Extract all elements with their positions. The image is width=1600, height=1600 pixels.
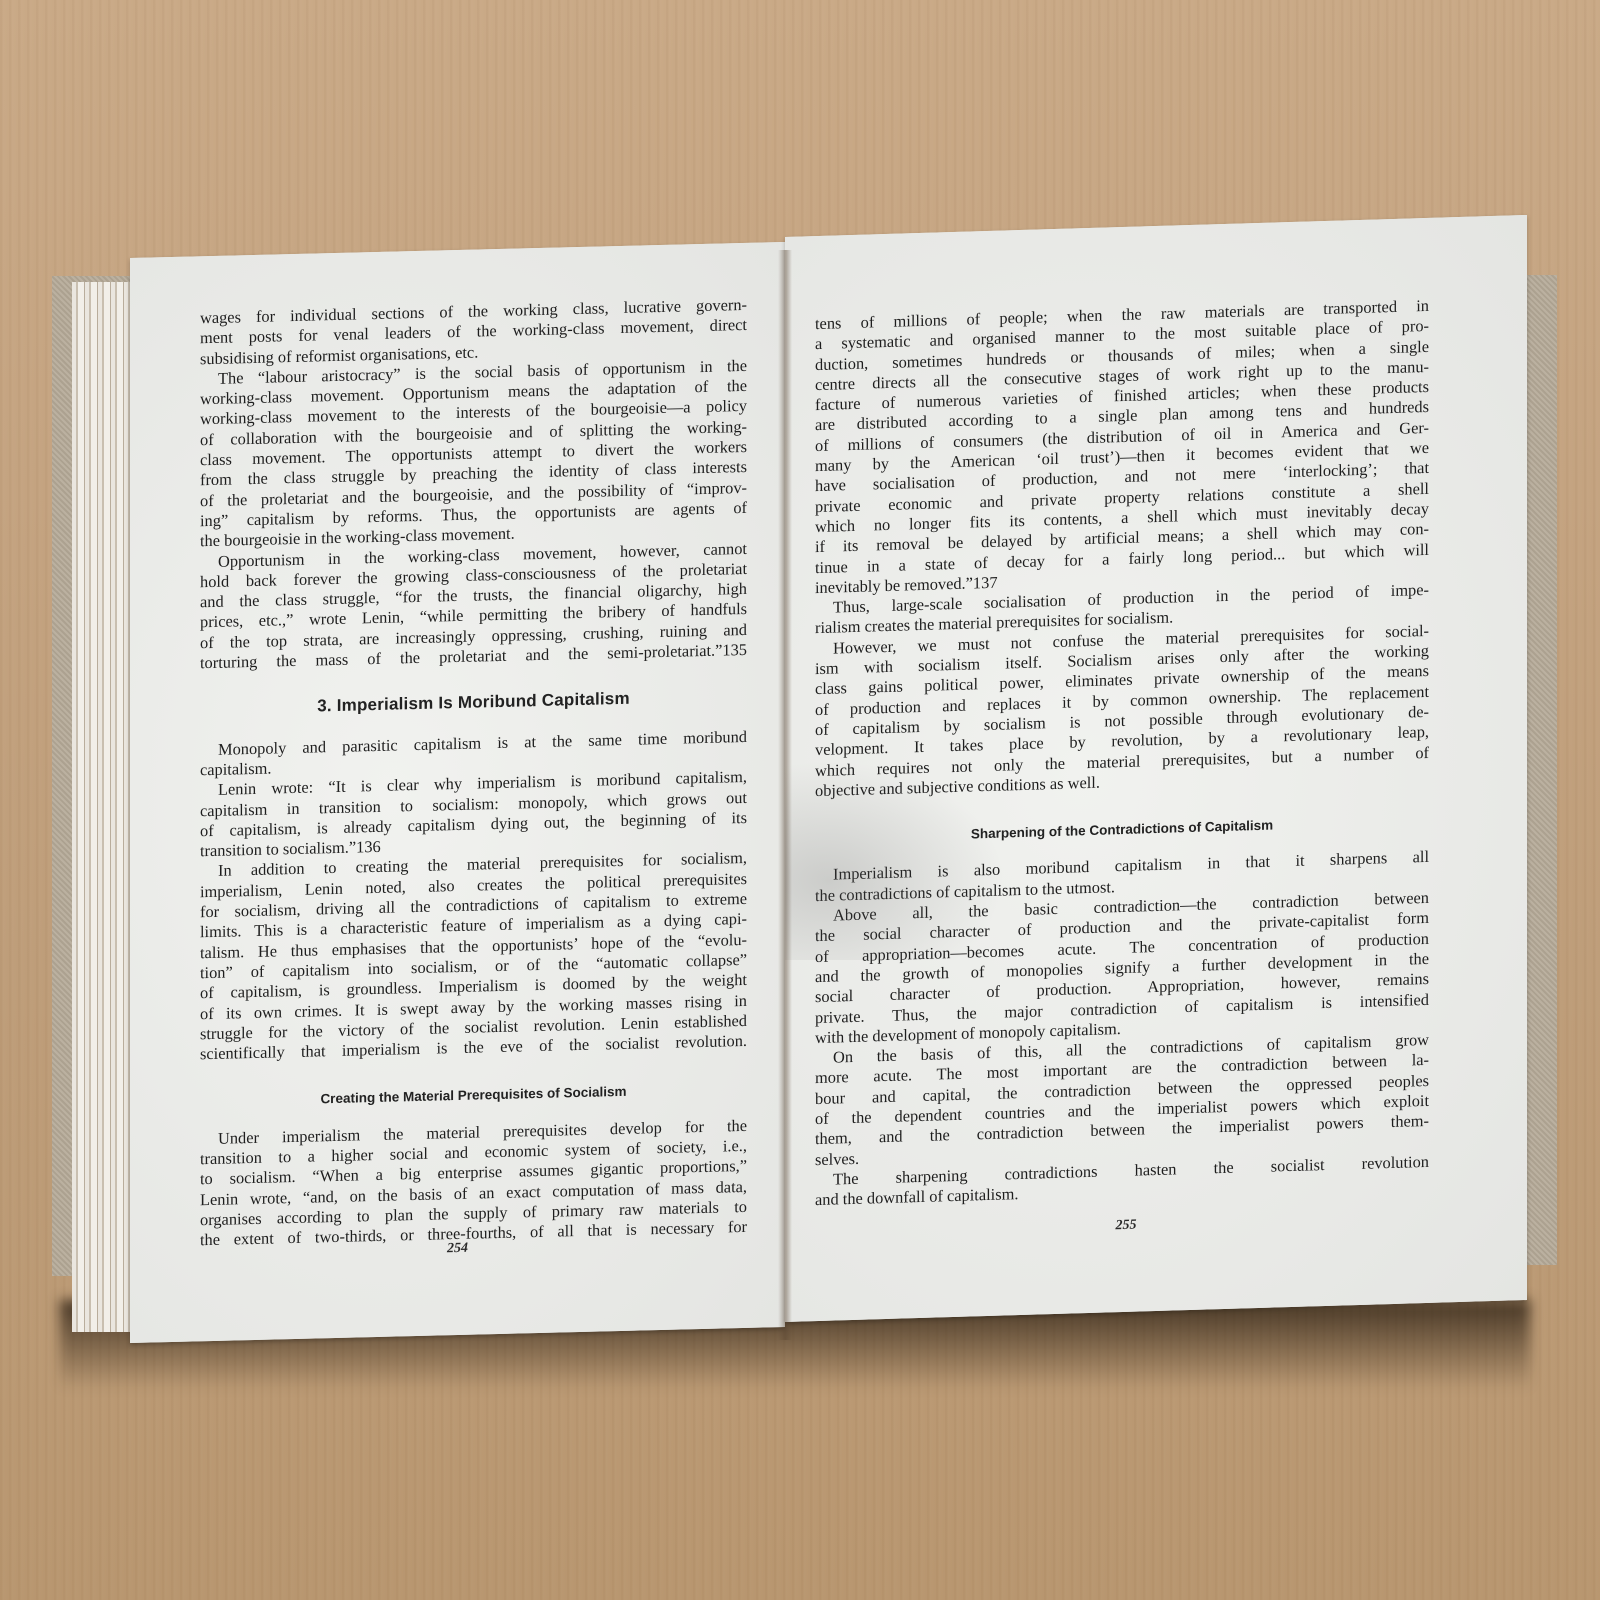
page-number: 255: [785, 1208, 1467, 1244]
right-page-text: tens of millions of people; when the raw…: [815, 296, 1429, 1211]
book-cover-right: [1525, 275, 1557, 1265]
subsection-heading: Creating the Material Prerequisites of S…: [200, 1079, 747, 1113]
section-heading: 3. Imperialism Is Moribund Capitalism: [200, 686, 747, 720]
book-gutter: [778, 250, 792, 1340]
right-page: tens of millions of people; when the raw…: [785, 215, 1527, 1322]
subsection-heading: Sharpening of the Contradictions of Capi…: [815, 811, 1429, 850]
left-page-text: wages for individual sections of the wor…: [200, 295, 747, 1251]
left-page: wages for individual sections of the wor…: [130, 242, 785, 1343]
